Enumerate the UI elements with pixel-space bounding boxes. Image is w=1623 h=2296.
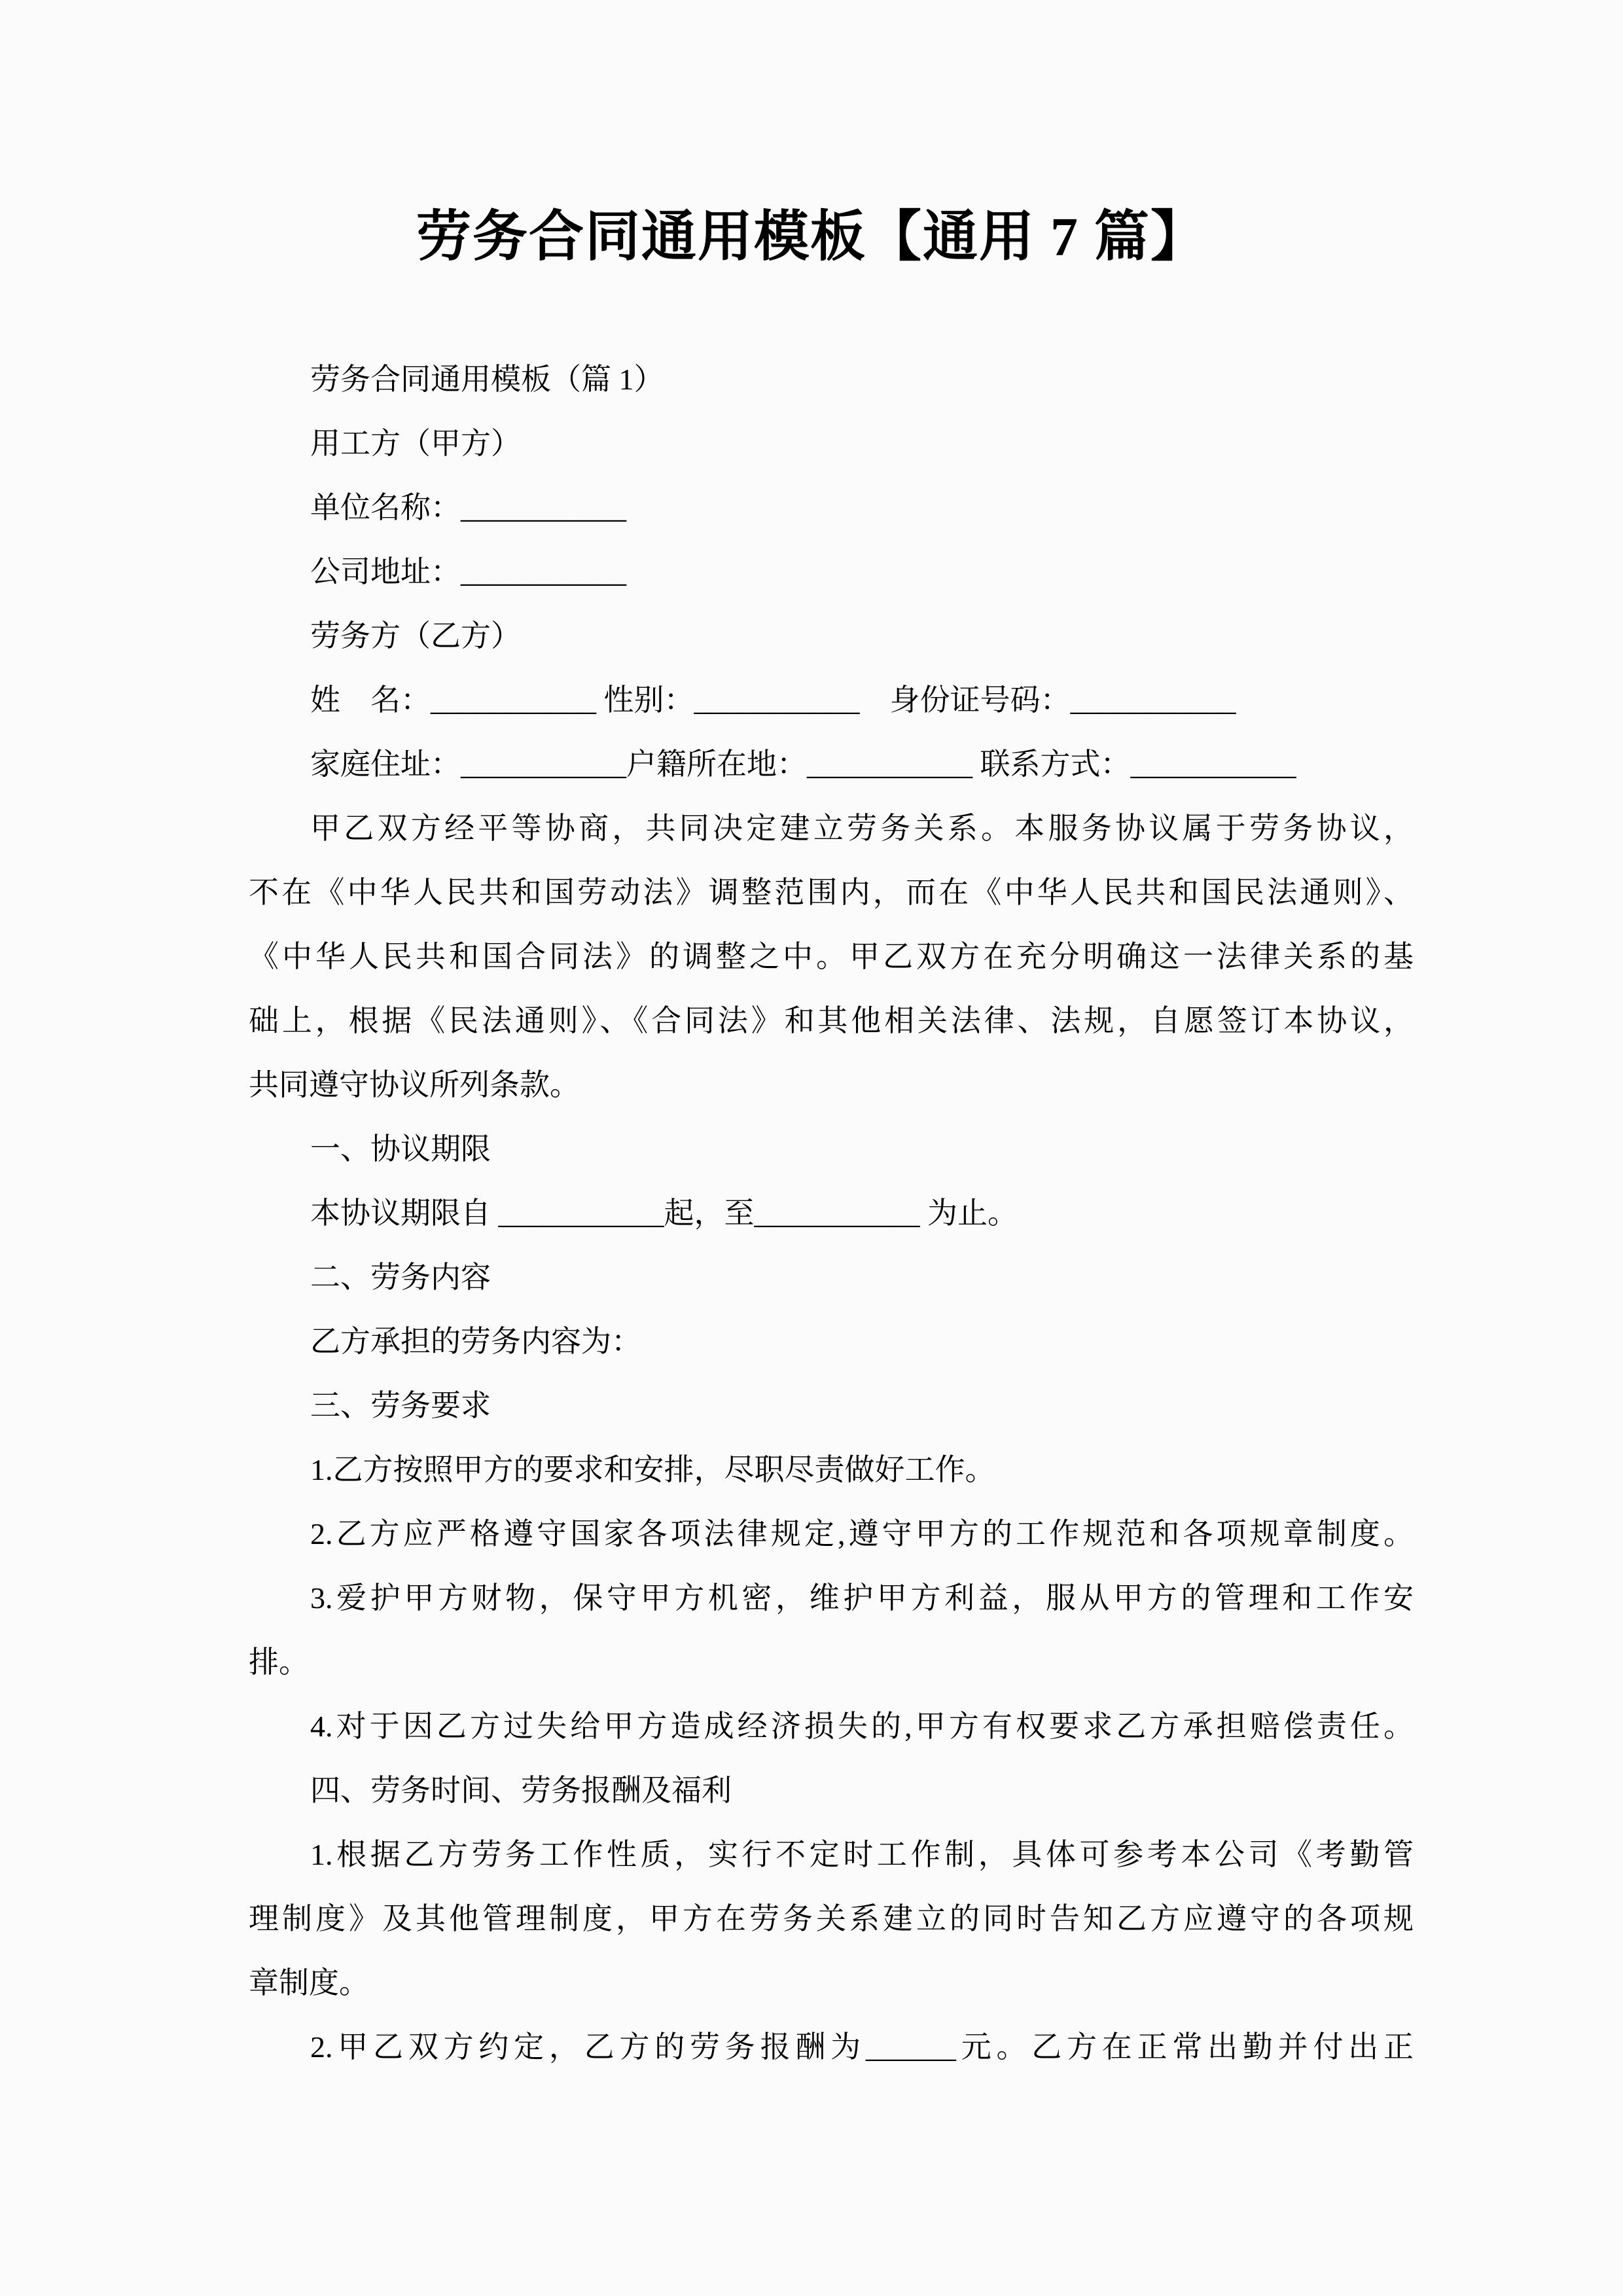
document-line: 四、劳务时间、劳务报酬及福利	[249, 1759, 1414, 1823]
document-line: 1.乙方按照甲方的要求和安排，尽职尽责做好工作。	[249, 1438, 1414, 1502]
document-line: 2.乙方应严格遵守国家各项法律规定,遵守甲方的工作规范和各项规章制度。	[249, 1502, 1414, 1566]
document-line: 姓 名：___________ 性别：___________ 身份证号码：___…	[249, 668, 1414, 732]
document-line: 1.根据乙方劳务工作性质，实行不定时工作制，具体可参考本公司《考勤管	[249, 1823, 1414, 1887]
document-line: 二、劳务内容	[249, 1246, 1414, 1310]
document-line: 不在《中华人民共和国劳动法》调整范围内，而在《中华人民共和国民法通则》、	[249, 861, 1414, 925]
document-line: 三、劳务要求	[249, 1374, 1414, 1438]
document-line: 《中华人民共和国合同法》的调整之中。甲乙双方在充分明确这一法律关系的基	[249, 925, 1414, 989]
document-line: 4.对于因乙方过失给甲方造成经济损失的,甲方有权要求乙方承担赔偿责任。	[249, 1695, 1414, 1759]
document-line: 一、协议期限	[249, 1117, 1414, 1181]
page-title: 劳务合同通用模板【通用 7 篇】	[0, 193, 1623, 282]
document-body: 劳务合同通用模板（篇 1） 用工方（甲方） 单位名称：___________ 公…	[249, 348, 1414, 2079]
document-line: 础上，根据《民法通则》、《合同法》和其他相关法律、法规，自愿签订本协议，	[249, 989, 1414, 1053]
document-line: 本协议期限自 ___________起，至___________ 为止。	[249, 1181, 1414, 1246]
document-line: 劳务方（乙方）	[249, 604, 1414, 668]
document-line: 公司地址：___________	[249, 540, 1414, 604]
document-line: 理制度》及其他管理制度，甲方在劳务关系建立的同时告知乙方应遵守的各项规	[249, 1887, 1414, 1951]
document-line: 2.甲乙双方约定，乙方的劳务报酬为______元。乙方在正常出勤并付出正	[249, 2015, 1414, 2079]
document-line: 甲乙双方经平等协商，共同决定建立劳务关系。本服务协议属于劳务协议，	[249, 797, 1414, 861]
document-line: 3.爱护甲方财物，保守甲方机密，维护甲方利益，服从甲方的管理和工作安	[249, 1566, 1414, 1630]
document-line: 乙方承担的劳务内容为：	[249, 1310, 1414, 1374]
document-line: 排。	[249, 1630, 1414, 1695]
document-line: 章制度。	[249, 1951, 1414, 2015]
document-line: 家庭住址：___________户籍所在地：___________ 联系方式：_…	[249, 732, 1414, 797]
document-line: 劳务合同通用模板（篇 1）	[249, 348, 1414, 412]
document-line: 共同遵守协议所列条款。	[249, 1053, 1414, 1117]
document-line: 单位名称：___________	[249, 476, 1414, 540]
document-line: 用工方（甲方）	[249, 412, 1414, 476]
